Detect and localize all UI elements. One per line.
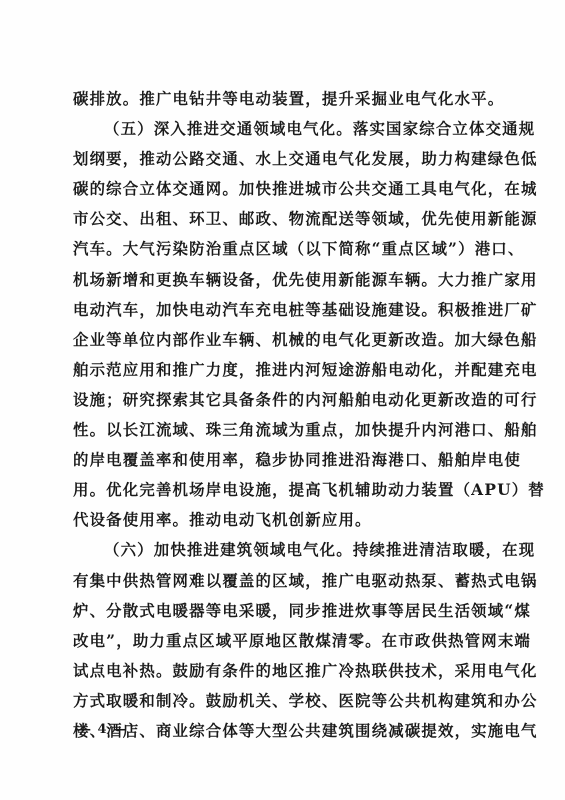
text-line: 的岸电覆盖率和使用率，稳步协同推进沿海港口、船舶岸电使 [73, 445, 503, 475]
text-line: 性。以长江流域、珠三角流域为重点，加快提升内河港口、船舶 [73, 415, 503, 445]
body-text: 碳排放。推广电钻井等电动装置，提升采掘业电气化水平。 （五）深入推进交通领域电气… [73, 84, 503, 746]
text-line: 汽车。大气污染防治重点区域（以下简称“重点区域”）港口、 [73, 234, 503, 264]
text-line: 设施；研究探索其它具备条件的内河船舶电动化更新改造的可行 [73, 385, 503, 415]
text-line: 舶示范应用和推广力度，推进内河短途游船电动化，并配建充电 [73, 355, 503, 385]
section-heading-line-6: （六）加快推进建筑领域电气化。持续推进清洁取暖，在现 [73, 535, 503, 565]
text-line: 电动汽车，加快电动汽车充电桩等基础设施建设。积极推进厂矿 [73, 295, 503, 325]
text-line: 楼、酒店、商业综合体等大型公共建筑围绕减碳提效，实施电气 [73, 716, 503, 746]
text-line: 改电”，助力重点区域平原地区散煤清零。在市政供热管网末端 [73, 626, 503, 656]
text-line: 方式取暖和制冷。鼓励机关、学校、医院等公共机构建筑和办公 [73, 686, 503, 716]
text-line: 市公交、出租、环卫、邮政、物流配送等领域，优先使用新能源 [73, 204, 503, 234]
section-heading-line-5: （五）深入推进交通领域电气化。落实国家综合立体交通规 [73, 114, 503, 144]
text-line: 碳排放。推广电钻井等电动装置，提升采掘业电气化水平。 [73, 84, 503, 114]
text-line: 划纲要，推动公路交通、水上交通电气化发展，助力构建绿色低 [73, 144, 503, 174]
page-number: — 4 — [78, 722, 127, 737]
text-line: 有集中供热管网难以覆盖的区域，推广电驱动热泵、蓄热式电锅 [73, 566, 503, 596]
text-line: 炉、分散式电暖器等电采暖，同步推进炊事等居民生活领域“煤 [73, 596, 503, 626]
text-line: 代设备使用率。推动电动飞机创新应用。 [73, 505, 503, 535]
text-line: 试点电补热。鼓励有条件的地区推广冷热联供技术，采用电气化 [73, 656, 503, 686]
document-page: 碳排放。推广电钻井等电动装置，提升采掘业电气化水平。 （五）深入推进交通领域电气… [0, 0, 565, 800]
text-line: 碳的综合立体交通网。加快推进城市公共交通工具电气化，在城 [73, 174, 503, 204]
text-line: 企业等单位内部作业车辆、机械的电气化更新改造。加大绿色船 [73, 325, 503, 355]
text-line: 机场新增和更换车辆设备，优先使用新能源车辆。大力推广家用 [73, 265, 503, 295]
text-line: 用。优化完善机场岸电设施，提高飞机辅助动力装置（APU）替 [73, 475, 503, 505]
